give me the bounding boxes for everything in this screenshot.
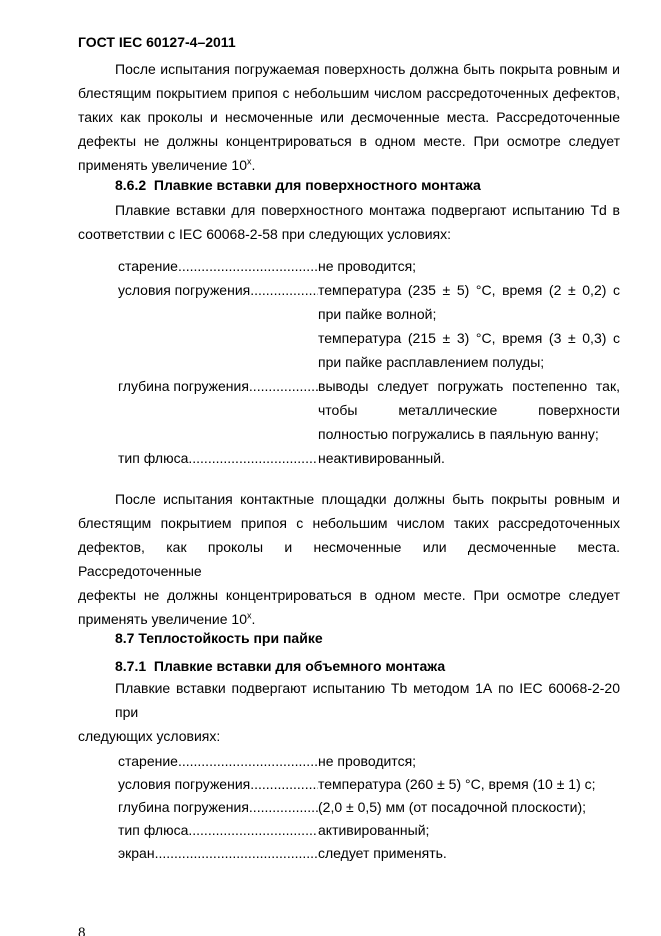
text-line: чтобы металлические поверхности xyxy=(318,398,620,422)
list-definition: не проводится; xyxy=(318,750,620,773)
dot-leader xyxy=(188,446,318,470)
text-segment: применять увеличение 10 xyxy=(78,611,247,627)
dot-leader xyxy=(178,254,318,278)
heading-8-6-2: 8.6.2 Плавкие вставки для поверхностного… xyxy=(78,175,620,195)
list-definition: температура (235 ± 5) °С, время (2 ± 0,2… xyxy=(318,278,620,374)
term-label: условия погружения xyxy=(118,773,250,796)
list-definition: выводы следует погружать постепенно так,… xyxy=(318,374,620,446)
list-item: условия погружения температура (235 ± 5)… xyxy=(118,278,620,374)
text-line: неактивированный. xyxy=(318,446,620,470)
text-line: Плавкие вставки подвергают испытанию Tb … xyxy=(78,676,620,724)
text-line: блестящим покрытием припоя с небольшим ч… xyxy=(78,81,620,105)
dot-leader xyxy=(250,278,318,302)
text-line: температура (215 ± 3) °С, время (3 ± 0,3… xyxy=(318,326,620,350)
list-term: старение xyxy=(118,254,318,278)
dot-leader xyxy=(178,750,318,773)
dot-leader xyxy=(155,842,318,865)
text-line: блестящим покрытием припоя с небольшим ч… xyxy=(78,511,620,535)
term-label: тип флюса xyxy=(118,819,188,842)
list-definition: не проводится; xyxy=(318,254,620,278)
list-item: условия погружения температура (260 ± 5)… xyxy=(118,773,620,796)
text-line: при пайке расплавлением полуды; xyxy=(318,350,620,374)
text-line: активированный; xyxy=(318,819,620,842)
term-label: старение xyxy=(118,750,178,773)
paragraph-immersion-result: После испытания погружаемая поверхность … xyxy=(78,57,620,177)
term-label: экран xyxy=(118,842,155,865)
list-definition: неактивированный. xyxy=(318,446,620,470)
paragraph-smd-test: Плавкие вставки для поверхностного монта… xyxy=(78,198,620,246)
text-line: После испытания контактные площадки долж… xyxy=(78,487,620,511)
list-definition: температура (260 ± 5) °С, время (10 ± 1)… xyxy=(318,773,620,796)
list-term: старение xyxy=(118,750,318,773)
text-line: дефекты не должны концентрироваться в од… xyxy=(78,129,620,153)
text-line: следующих условиях: xyxy=(78,724,620,748)
text-line: при пайке волной; xyxy=(318,302,620,326)
text-segment: применять увеличение 10 xyxy=(78,157,247,173)
list-definition: активированный; xyxy=(318,819,620,842)
list-term: условия погружения xyxy=(118,278,318,302)
dot-leader xyxy=(250,773,318,796)
text-line: не проводится; xyxy=(318,254,620,278)
document-header: ГОСТ IEC 60127-4–2011 xyxy=(78,33,620,51)
heading-8-7-1: 8.7.1 Плавкие вставки для объемного монт… xyxy=(78,656,620,676)
list-item: старение не проводится; xyxy=(118,254,620,278)
conditions-list-8-6-2: старение не проводится; условия погружен… xyxy=(118,254,620,470)
list-item: глубина погружения (2,0 ± 0,5) мм (от по… xyxy=(118,796,620,819)
paragraph-tht-test: Плавкие вставки подвергают испытанию Tb … xyxy=(78,676,620,748)
list-term: экран xyxy=(118,842,318,865)
conditions-list-8-7-1: старение не проводится; условия погружен… xyxy=(118,750,620,865)
text-line: дефекты не должны концентрироваться в од… xyxy=(78,583,620,607)
document-page: ГОСТ IEC 60127-4–2011 После испытания по… xyxy=(0,0,661,936)
term-label: условия погружения xyxy=(118,278,250,302)
list-definition: (2,0 ± 0,5) мм (от посадочной плоскости)… xyxy=(318,796,620,819)
text-line: Плавкие вставки для поверхностного монта… xyxy=(78,198,620,222)
list-term: условия погружения xyxy=(118,773,318,796)
term-label: старение xyxy=(118,254,178,278)
text-line: температура (260 ± 5) °С, время (10 ± 1)… xyxy=(318,773,620,796)
list-item: глубина погружения выводы следует погруж… xyxy=(118,374,620,446)
list-item: старение не проводится; xyxy=(118,750,620,773)
text-line: полностью погружались в паяльную ванну; xyxy=(318,422,620,446)
dot-leader xyxy=(188,819,318,842)
heading-8-7: 8.7 Теплостойкость при пайке xyxy=(78,628,620,648)
list-definition: следует применять. xyxy=(318,842,620,865)
dot-leader xyxy=(249,374,318,398)
text-line: После испытания погружаемая поверхность … xyxy=(78,57,620,81)
text-line: дефектов, как проколы и несмоченные или … xyxy=(78,535,620,583)
list-item: тип флюса активированный; xyxy=(118,819,620,842)
list-item: тип флюса неактивированный. xyxy=(118,446,620,470)
text-segment: . xyxy=(251,611,255,627)
text-line: (2,0 ± 0,5) мм (от посадочной плоскости)… xyxy=(318,796,620,819)
term-label: глубина погружения xyxy=(118,374,249,398)
paragraph-pads-result: После испытания контактные площадки долж… xyxy=(78,487,620,631)
list-term: глубина погружения xyxy=(118,374,318,398)
text-line: применять увеличение 10x. xyxy=(78,153,620,177)
text-line: таких как проколы и несмоченные или десм… xyxy=(78,105,620,129)
text-line: соответствии с IEC 60068-2-58 при следую… xyxy=(78,222,620,246)
dot-leader xyxy=(249,796,318,819)
text-line: не проводится; xyxy=(318,750,620,773)
list-item: экран следует применять. xyxy=(118,842,620,865)
list-term: глубина погружения xyxy=(118,796,318,819)
text-line: следует применять. xyxy=(318,842,620,865)
list-term: тип флюса xyxy=(118,446,318,470)
term-label: глубина погружения xyxy=(118,796,249,819)
page-number: 8 xyxy=(78,924,620,936)
text-line: выводы следует погружать постепенно так, xyxy=(318,374,620,398)
list-term: тип флюса xyxy=(118,819,318,842)
text-segment: . xyxy=(251,157,255,173)
term-label: тип флюса xyxy=(118,446,188,470)
text-line: температура (235 ± 5) °С, время (2 ± 0,2… xyxy=(318,278,620,302)
